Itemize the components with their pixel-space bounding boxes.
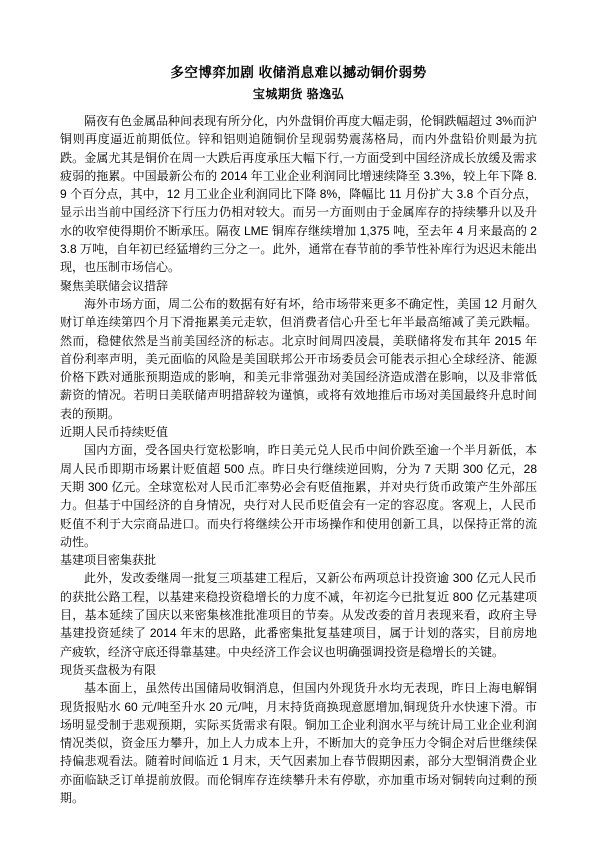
body-paragraph-overseas-market: 海外市场方面，周二公布的数据有好有坏，给市场带来更多不确定性，美国 12 月耐久… [60,295,537,423]
body-paragraph-infrastructure: 此外，发改委继周一批复三项基建工程后，又新公布两项总计投资逾 300 亿元人民币… [60,569,537,660]
section-heading-rmb-depreciation: 近期人民币持续贬值 [60,423,537,441]
section-heading-fed-meeting: 聚焦美联储会议措辞 [60,277,537,295]
document-title: 多空博弈加剧 收储消息难以撼动铜价弱势 [60,63,537,82]
body-paragraph-fundamentals: 基本面上，虽然传出国储局收铜消息，但国内外现货升水均无表现，昨日上海电解铜现货报… [60,679,537,807]
document-author: 宝城期货 骆逸弘 [60,85,537,104]
section-heading-infrastructure-approvals: 基建项目密集获批 [60,551,537,569]
document-content: 多空博弈加剧 收储消息难以撼动铜价弱势 宝城期货 骆逸弘 隔夜有色金属品种间表现… [60,63,537,807]
body-paragraph-market-overview: 隔夜有色金属品种间表现有所分化，内外盘铜价再度大幅走弱，伦铜跌幅超过 3%而沪铜… [60,112,537,277]
document-page: 多空博弈加剧 收储消息难以撼动铜价弱势 宝城期货 骆逸弘 隔夜有色金属品种间表现… [0,0,595,842]
body-paragraph-domestic-market: 国内方面，受各国央行宽松影响，昨日美元兑人民币中间价跌至逾一个半月新低，本周人民… [60,441,537,551]
section-heading-spot-buying: 现货买盘极为有限 [60,661,537,679]
